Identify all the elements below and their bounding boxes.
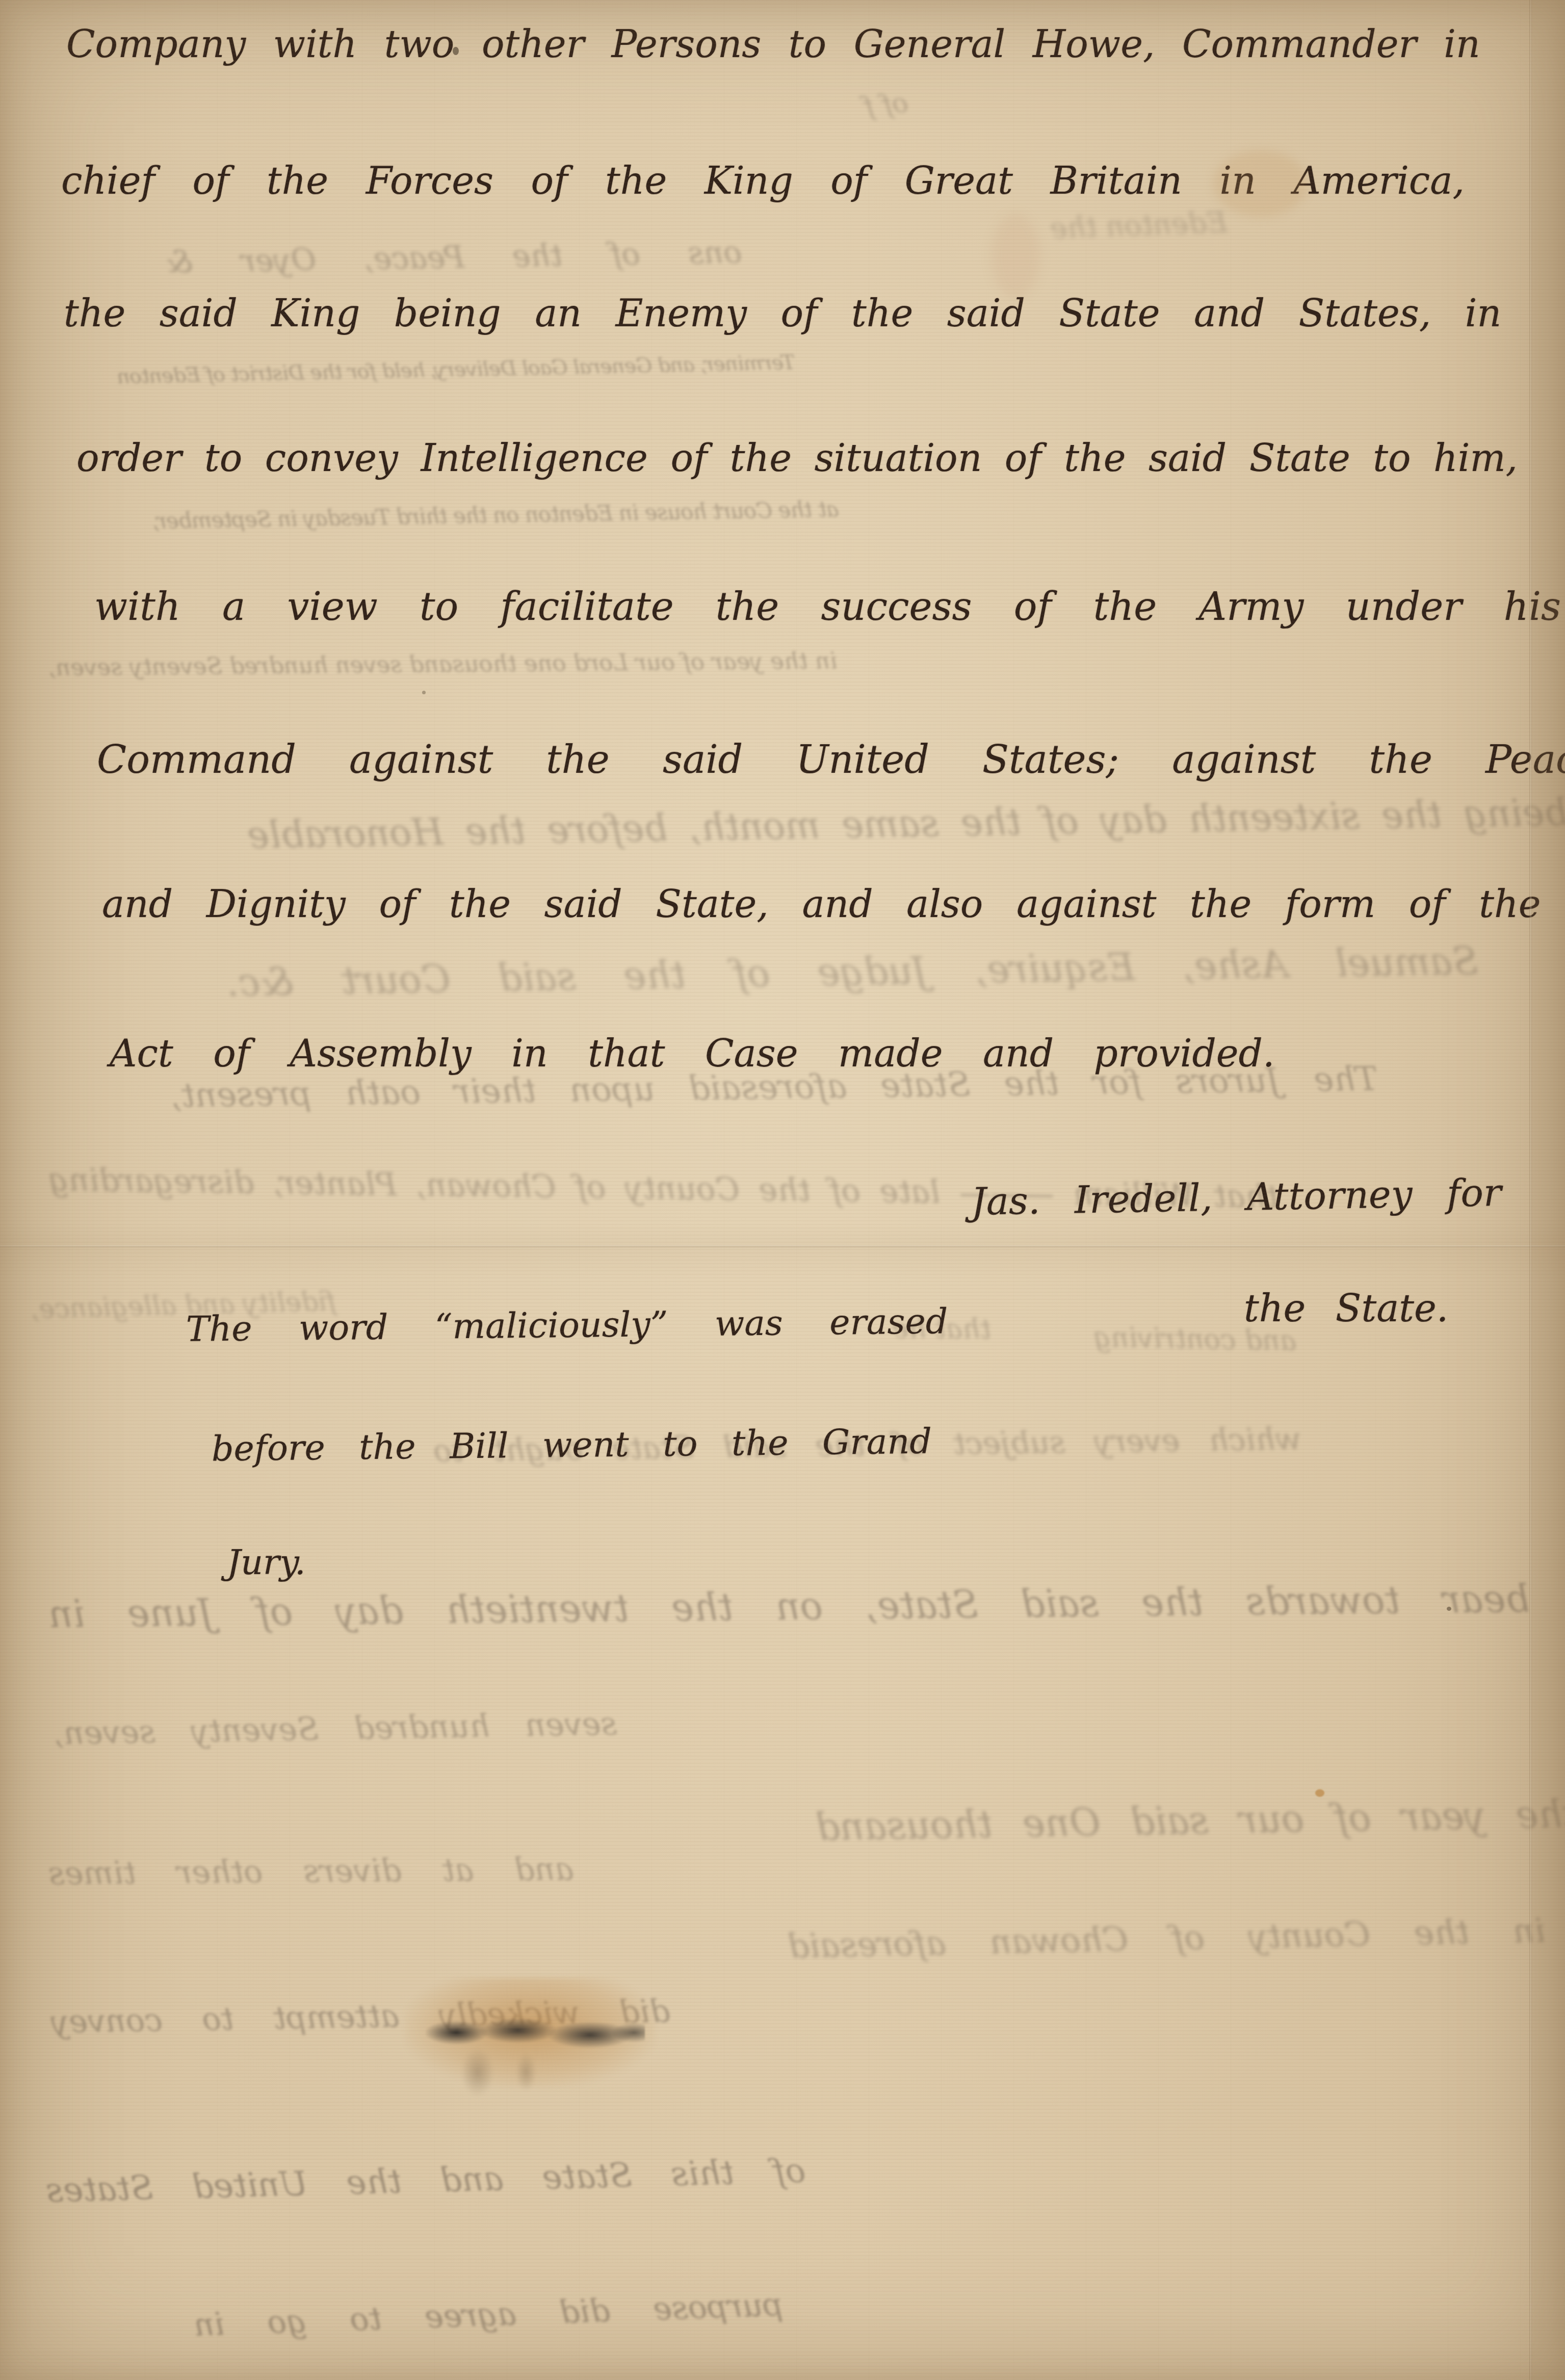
handwritten-line: chief of the Forces of the King of Great… [61,162,1465,200]
handwritten-line: Act of Assembly in that Case made and pr… [110,1035,1274,1073]
bleed-through-line: being the sixteenth day of the same mont… [247,794,1565,853]
signature-line: Jas. Iredell, Attorney for [971,1174,1502,1221]
manuscript-page: of f Edenton the ons of the Peace, Oyer … [0,0,1565,2380]
clerk-note-line: Jury. [227,1546,306,1580]
handwritten-line: order to convey Intelligence of the situ… [76,439,1518,477]
vertical-fold-crease [1529,0,1531,2380]
bleed-through-line: in the County of Chowan aforesaid [787,1914,1546,1963]
bleed-through-line: bear towards the said State, on the twen… [48,1580,1530,1633]
ink-blot-smudge [516,2053,536,2091]
bleed-through-line: of f [863,90,909,121]
handwritten-line: and Dignity of the said State, and also … [102,885,1541,923]
foxing-spot [1315,1789,1324,1797]
bleed-through-line: of this State and the United States [45,2154,806,2208]
bleed-through-line: purpose did agree to go in [193,2289,784,2341]
ink-speck [453,47,459,55]
handwritten-line: Command against the said United States; … [97,740,1565,779]
clerk-note-line: The word “maliciously” was erased [186,1304,948,1347]
bleed-through-line: the year of our said One thousand [815,1795,1565,1846]
bleed-through-line: ons of the Peace, Oyer & [166,237,742,278]
bleed-through-line: Terminer, and General Gaol Delivery, hel… [117,352,795,387]
handwritten-line: Company with two other Persons to Genera… [66,25,1480,63]
bleed-through-line: at the Court house in Edenton on the thi… [153,499,839,532]
horizontal-fold-crease [0,1245,1565,1247]
bleed-through-line: and at divers other times [48,1853,574,1890]
foxing-spot [992,214,1040,298]
bleed-through-line: seven hundred Seventy seven, [54,1708,617,1749]
horizontal-fold-shading [0,1223,1565,1279]
bleed-through-line: did wickedly attempt to convey [51,1995,670,2037]
signature-line: the State. [1244,1290,1448,1327]
page-edge-strip [1531,0,1565,2380]
ink-blot-smudge [461,2048,494,2097]
clerk-note-line: before the Bill went to the Grand [212,1425,932,1467]
handwritten-line: with a view to facilitate the success of… [94,587,1561,626]
bleed-through-line: Edenton the [1050,208,1228,243]
handwritten-line: the said King being an Enemy of the said… [64,295,1501,332]
ink-speck [1447,1607,1451,1611]
bleed-through-line: in the year of our Lord one thousand sev… [48,649,838,679]
ink-speck [422,691,426,694]
bleed-through-line: Samuel Ashe, Esquire, Judge of the said … [227,943,1479,1002]
